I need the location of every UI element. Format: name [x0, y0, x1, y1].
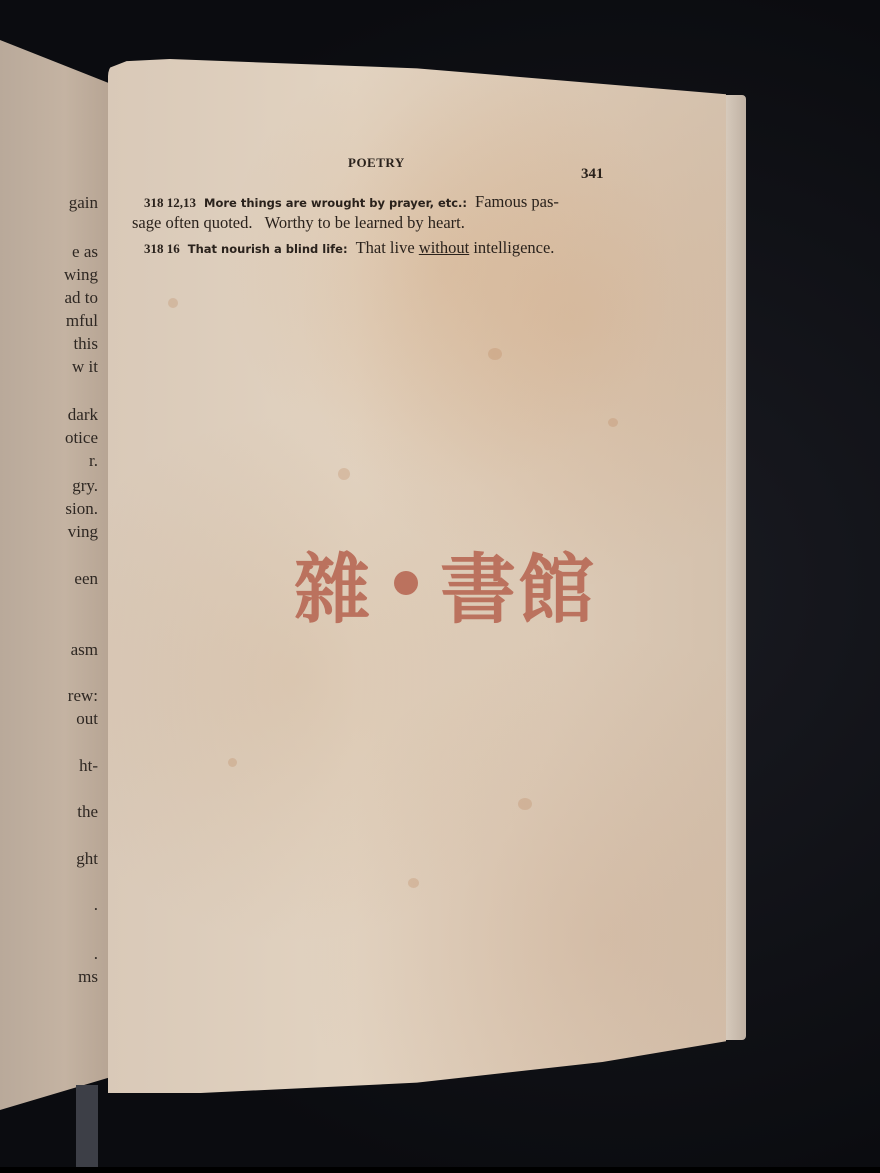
- foxing-stain: [518, 798, 532, 810]
- left-page-line-fragment: ht-: [79, 756, 98, 776]
- gloss-text: That live: [356, 238, 419, 257]
- left-page-line-fragment: asm: [71, 640, 98, 660]
- watermark-char: 書: [440, 529, 518, 638]
- left-page-line-fragment: wing: [64, 265, 98, 285]
- right-page: POETRY 341 318 12,13 More things are wro…: [108, 58, 726, 1093]
- gloss-text: intelligence.: [469, 238, 554, 257]
- left-page-line-fragment: w it: [72, 357, 98, 377]
- watermark-dot: [394, 571, 418, 595]
- left-page-line-fragment: rew:: [68, 686, 98, 706]
- running-head: POETRY: [348, 155, 405, 171]
- note-lemma: That nourish a blind life:: [188, 242, 348, 256]
- left-page-line-fragment: .: [94, 944, 98, 964]
- left-page-line-fragment: een: [74, 569, 98, 589]
- watermark-char: 館: [518, 529, 596, 638]
- foxing-stain: [168, 298, 178, 308]
- left-page-line-fragment: the: [77, 802, 98, 822]
- library-watermark-stamp: 雜 書 館: [280, 528, 610, 638]
- foxing-stain: [228, 758, 237, 767]
- left-page-line-fragment: dark: [68, 405, 98, 425]
- left-page-line-fragment: mful: [66, 311, 98, 331]
- left-page-line-fragment: e as: [72, 242, 98, 262]
- foxing-stain: [408, 878, 419, 888]
- left-page-line-fragment: gry.: [72, 476, 98, 496]
- note-line: 318 16 That nourish a blind life: That l…: [144, 238, 554, 258]
- note-reference: 318 16: [144, 241, 180, 256]
- note-gloss: That live without intelligence.: [356, 238, 555, 257]
- left-page-line-fragment: r.: [89, 451, 98, 471]
- foxing-stain: [608, 418, 618, 427]
- page-number: 341: [581, 166, 604, 183]
- note-gloss: sage often quoted. Worthy to be learned …: [132, 213, 465, 232]
- left-page-line-fragment: ad to: [64, 288, 98, 308]
- note-gloss: Famous pas-: [475, 192, 559, 211]
- book-gutter: [76, 1085, 98, 1173]
- left-page-line-fragment: gain: [69, 193, 98, 213]
- foxing-stain: [338, 468, 350, 480]
- watermark-char: 雜: [294, 529, 372, 638]
- note-line: sage often quoted. Worthy to be learned …: [132, 213, 465, 233]
- left-page-line-fragment: ving: [68, 522, 98, 542]
- left-page: gaine aswingad tomfulthisw itdarkoticer.…: [0, 40, 108, 1110]
- foxing-stain: [488, 348, 502, 360]
- left-page-line-fragment: ms: [78, 967, 98, 987]
- note-line: 318 12,13 More things are wrought by pra…: [144, 192, 559, 212]
- left-page-line-fragment: otice: [65, 428, 98, 448]
- left-page-line-fragment: out: [76, 709, 98, 729]
- note-reference: 318 12,13: [144, 195, 196, 210]
- underlined-word: without: [419, 238, 469, 257]
- left-page-line-fragment: ght: [76, 849, 98, 869]
- note-lemma: More things are wrought by prayer, etc.:: [204, 196, 467, 210]
- left-page-line-fragment: this: [73, 334, 98, 354]
- left-page-line-fragment: sion.: [65, 499, 98, 519]
- left-page-line-fragment: .: [94, 895, 98, 915]
- frame-bottom-edge: [0, 1167, 880, 1173]
